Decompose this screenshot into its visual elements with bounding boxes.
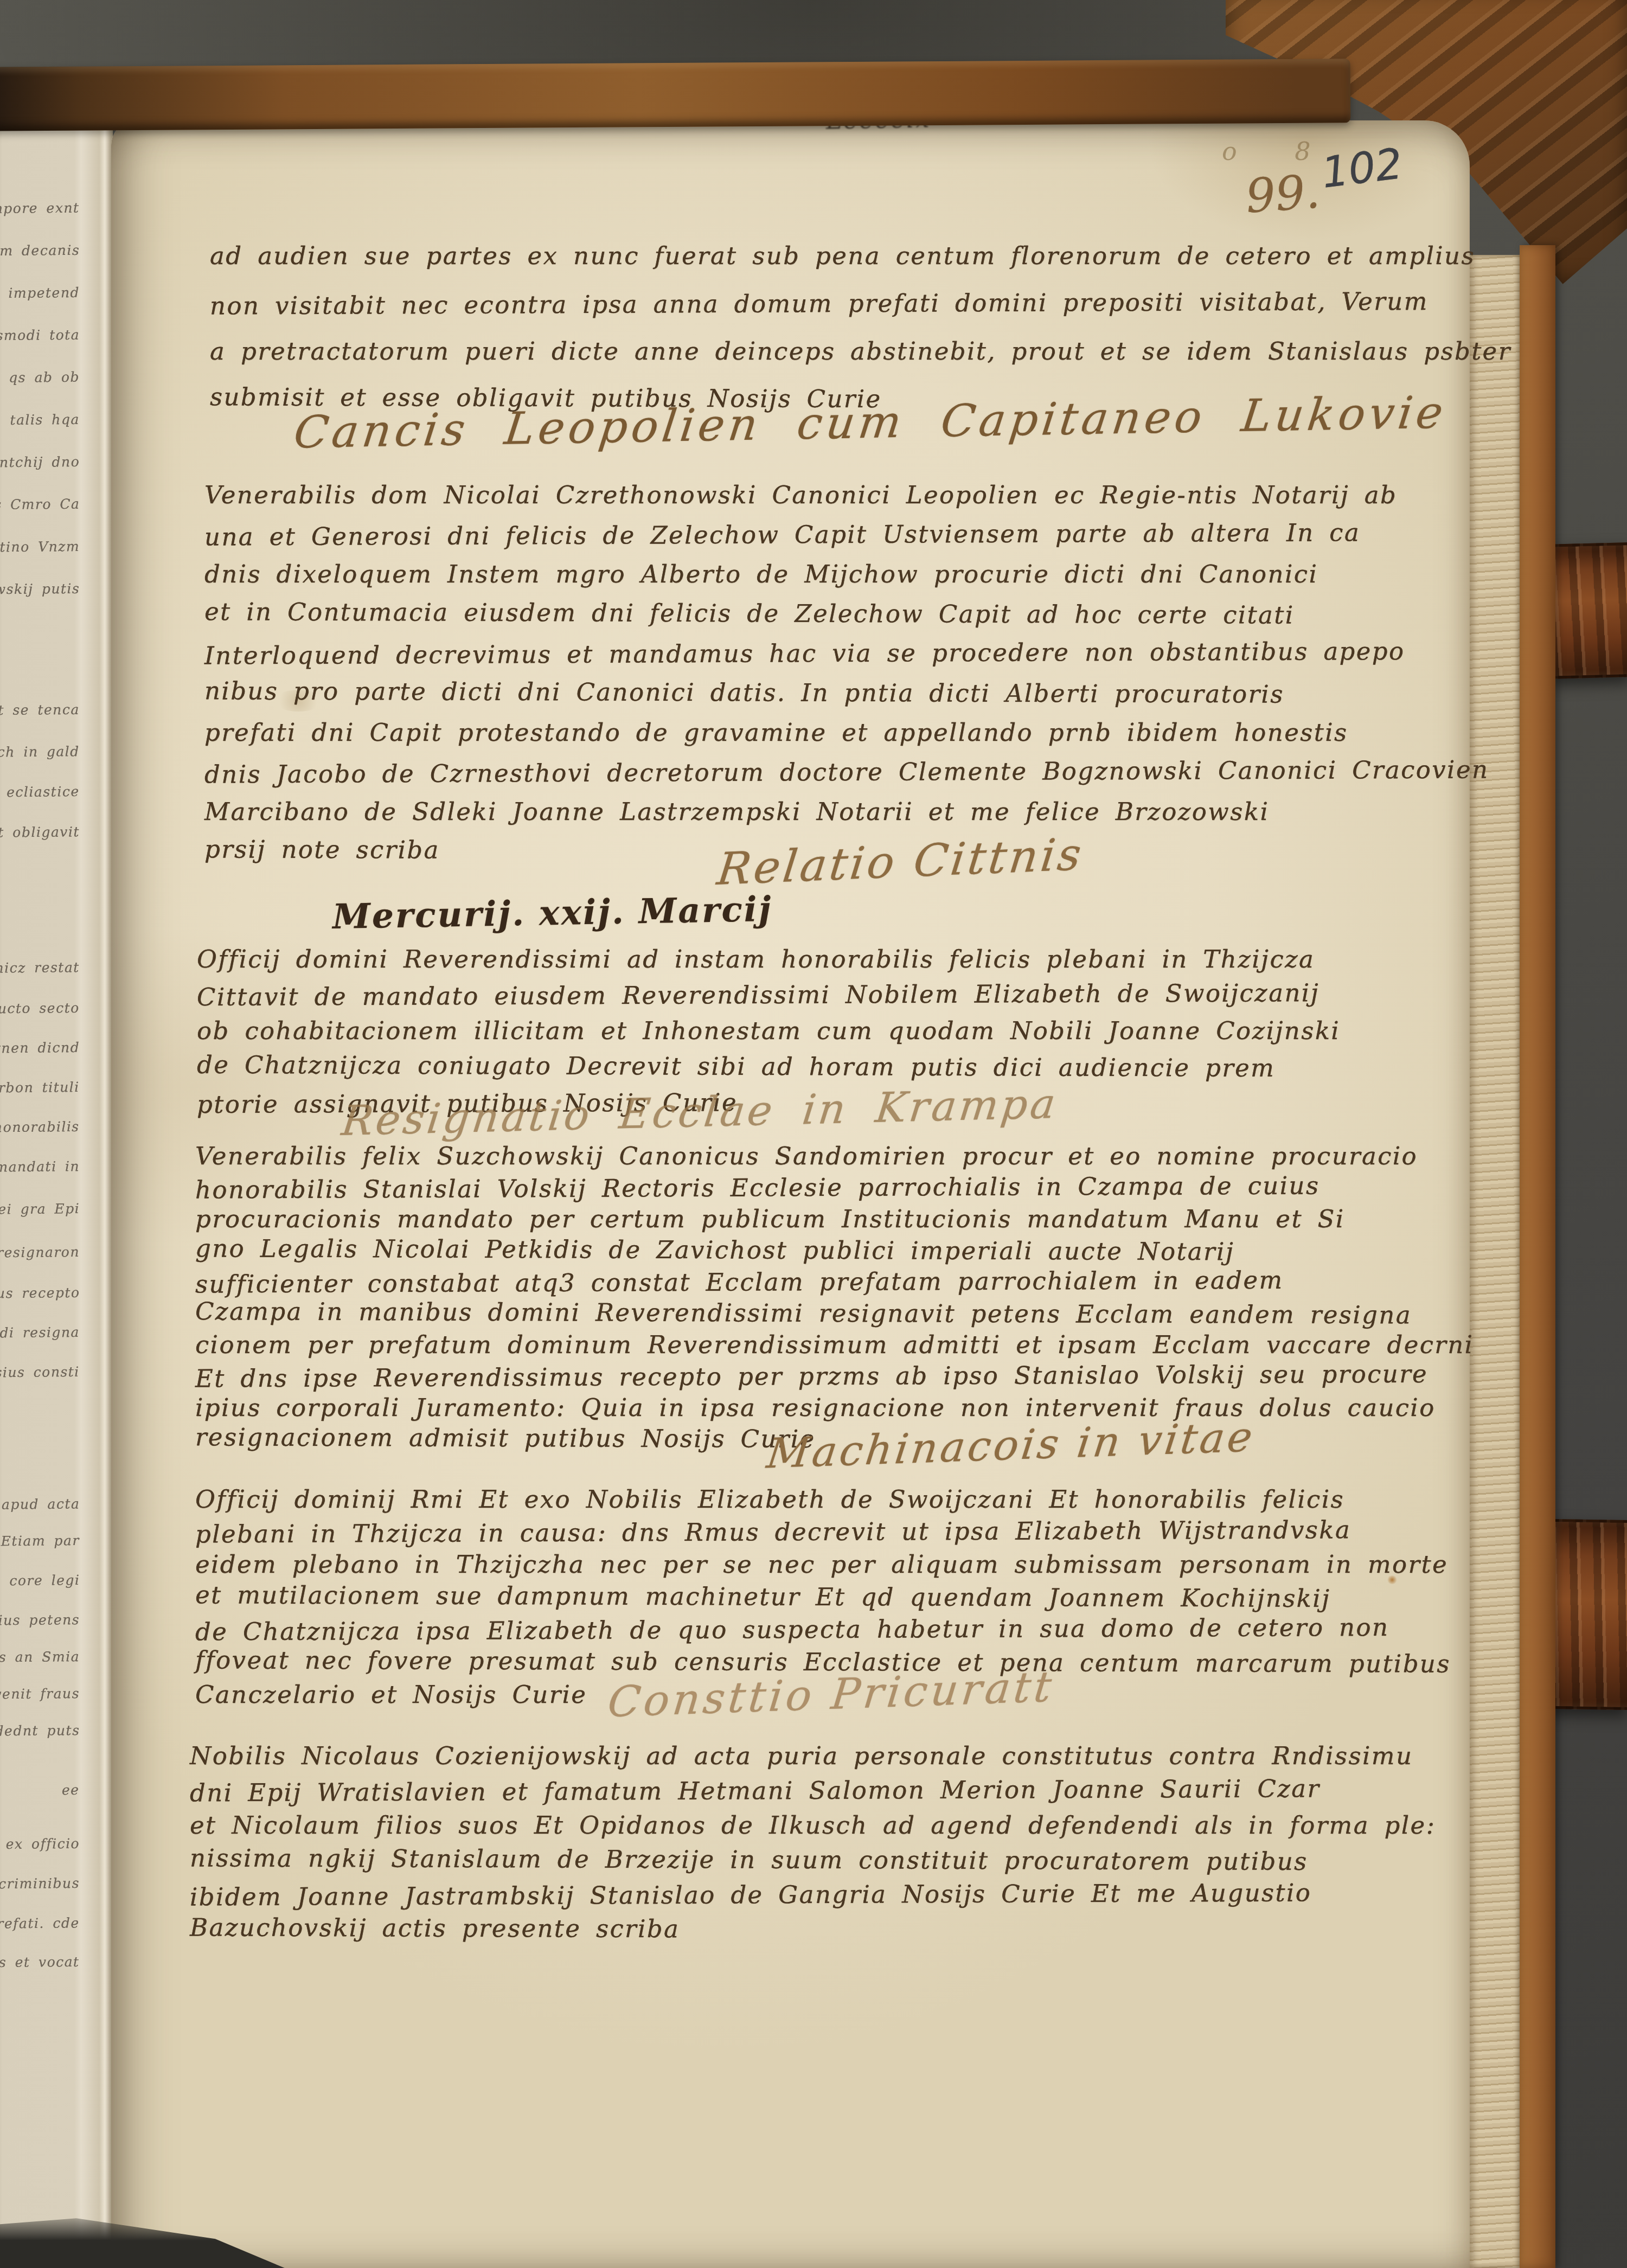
text-line: Officij dominij Rmi Et exo Nobilis Eliza… (195, 1483, 1451, 1516)
margin-text-fragment: augustino Vnzm (0, 539, 80, 555)
margin-text-fragment: lati mandati in (0, 1158, 80, 1175)
margin-text-fragment: intervenit fraus (0, 1686, 80, 1702)
margin-text-fragment: mine cosa qs ab ob (0, 369, 80, 387)
text-line: de Chatznijcza ipsa Elizabeth de quo sus… (195, 1611, 1451, 1649)
entry-paragraph-4: Venerabilis felix Suzchowskij Canonicus … (195, 1141, 1474, 1455)
text-line: Venerabilis dom Nicolai Czrethonowski Ca… (204, 475, 1489, 515)
margin-text-fragment: shncz honorabilis (0, 1119, 80, 1136)
text-line: prefati dni Capit protestando de gravami… (204, 713, 1489, 752)
text-line: dnis dixeloquem Instem mgro Alberto de M… (204, 554, 1489, 594)
margin-text-fragment: ssimd ac ex officio (0, 1836, 80, 1853)
text-line: dni Epij Wratislavien et famatum Hetmani… (190, 1771, 1436, 1811)
entry-heading-date-mercurij: Mercurij. xxij. Marcij (332, 889, 773, 937)
margin-text-fragment: te non impetend (0, 285, 80, 302)
text-line: eidem plebano in Thzijczha nec per se ne… (195, 1548, 1451, 1581)
folio-number-pencil: 102 (1319, 139, 1405, 197)
text-line: ad audien sue partes ex nunc fuerat sub … (210, 232, 1511, 280)
facing-page-text-fragments: et pro tempore exntgentia cum decaniste … (0, 0, 111, 2268)
text-line: honorabilis Stanislai Volskij Rectoris E… (195, 1169, 1474, 1206)
margin-text-fragment: altius core legi (0, 1572, 80, 1589)
text-line: nibus pro parte dicti dni Canonici datis… (204, 671, 1489, 714)
margin-text-fragment: nsuris ecliastice (0, 784, 80, 800)
text-line: et in Contumacia eiusdem dni felicis de … (204, 592, 1489, 635)
text-line: ibidem Joanne Jastrambskij Stanislao de … (190, 1875, 1436, 1915)
margin-text-fragment: ni Smiznen dicnd (0, 1040, 80, 1056)
text-line: Czampa in manibus domini Reverendissimi … (195, 1296, 1474, 1331)
text-line: Officij domini Reverendissimi ad instam … (197, 941, 1340, 977)
margin-text-fragment: accusatus et vocat (0, 1954, 80, 1971)
text-line: et Nicolaum filios suos Et Opidanos de I… (190, 1808, 1436, 1843)
text-line: dnis Jacobo de Czrnesthovi decretorum do… (204, 749, 1489, 794)
manuscript-page: Leeeelx o 8 99. 102 ad audien sue partes… (111, 120, 1470, 2268)
margin-text-fragment: dnto. Etiam par (0, 1533, 80, 1549)
margin-text-fragment: et obligavit (0, 824, 80, 840)
margin-text-fragment: zeroquerit se tenca (0, 702, 80, 719)
margin-text-fragment: deproducto secto (0, 1000, 80, 1017)
margin-text-fragment: tutoris in talis hqa (0, 412, 80, 428)
text-line: plebani in Thzijcza in causa: dns Rmus d… (195, 1514, 1451, 1551)
margin-text-fragment: et pro tempore exnt (0, 200, 80, 217)
margin-text-fragment: ius ac criminibus (0, 1875, 80, 1892)
margin-text-fragment: mar dednt puts (0, 1722, 80, 1739)
text-line: sufficienter constabat atq3 constat Eccl… (195, 1264, 1474, 1300)
manuscript-scan: et pro tempore exntgentia cum decaniste … (0, 0, 1627, 2268)
text-line: non visitabit nec econtra ipsa anna domu… (210, 277, 1511, 330)
margin-text-fragment: dnt ventchij dno (0, 454, 80, 471)
text-line: Nobilis Nicolaus Cozienijowskij ad acta … (190, 1739, 1436, 1773)
margin-text-fragment: to. prbon tituli (0, 1079, 80, 1096)
margin-text-fragment: Brzyhowskij putis (0, 581, 80, 598)
text-line: Et dns ipse Reverendissimus recepto per … (195, 1358, 1474, 1394)
binding-top-edge-leather (0, 59, 1350, 131)
text-line: nissima ngkij Stanislaum de Brzezije in … (190, 1841, 1436, 1879)
margin-text-fragment: podmientus Cmro Ca (0, 496, 80, 514)
folio-number-ink: 99. (1244, 164, 1322, 223)
text-line: una et Generosi dni felicis de Zelechow … (204, 512, 1489, 556)
margin-text-fragment: huiusmodi resigna (0, 1324, 80, 1341)
text-line: cionem per prefatum dominum Reverendissi… (195, 1329, 1474, 1361)
text-line: gno Legalis Nicolai Petkidis de Zavichos… (195, 1233, 1474, 1268)
text-line: procuracionis mandato per certum publicu… (195, 1203, 1474, 1235)
margin-text-fragment: ande resignaron (0, 1244, 80, 1261)
text-line: de Chatznijcza coniugato Decrevit sibi a… (197, 1047, 1340, 1087)
margin-text-fragment: islovech in gald (0, 744, 80, 760)
text-line: ob cohabitacionem illicitam et Inhonesta… (197, 1013, 1340, 1049)
margin-text-fragment: corps an Smia (0, 1649, 80, 1665)
text-line: a pretractatorum pueri dicte anne deince… (210, 328, 1511, 375)
text-line: Cittavit de mandato eiusdem Reverendissi… (197, 975, 1340, 1015)
margin-text-fragment: menicz restat (0, 959, 80, 976)
margin-text-fragment: prefati. cde (0, 1915, 80, 1931)
text-line: et mutilacionem sue dampnum machinetur E… (195, 1579, 1451, 1615)
back-cover-edge (1520, 245, 1555, 2268)
entry-paragraph-2: Venerabilis dom Nicolai Czrethonowski Ca… (204, 475, 1489, 871)
margin-text-fragment: gentia cum decanis (0, 242, 80, 259)
margin-text-fragment: nis dei gra Epi (0, 1201, 80, 1218)
entry-paragraph-6: Nobilis Nicolaus Cozienijowskij ad acta … (190, 1739, 1436, 1947)
text-line: Bazuchovskij actis presente scriba (190, 1910, 1436, 1949)
folio-faint-marks: o 8 (1222, 137, 1336, 166)
margin-text-fragment: prefatus recepto (0, 1285, 80, 1302)
text-line: Venerabilis felix Suzchowskij Canonicus … (195, 1141, 1474, 1172)
text-line: ipius corporali Juramento: Quia in ipsa … (195, 1392, 1474, 1424)
margin-text-fragment: apud acta (2, 1496, 80, 1512)
text-line: Interloquend decrevimus et mandamus hac … (204, 631, 1489, 675)
margin-text-fragment: ee (62, 1782, 80, 1798)
margin-text-fragment: iam ipsius consti (0, 1364, 80, 1381)
leather-strap-lower (1548, 1519, 1627, 1710)
margin-text-fragment: et huiusmodi tota (0, 327, 80, 344)
leather-strap-upper (1548, 542, 1627, 678)
margin-text-fragment: amplius petens (0, 1612, 80, 1629)
text-line: Marcibano de Sdleki Joanne Lastrzempski … (204, 792, 1489, 831)
